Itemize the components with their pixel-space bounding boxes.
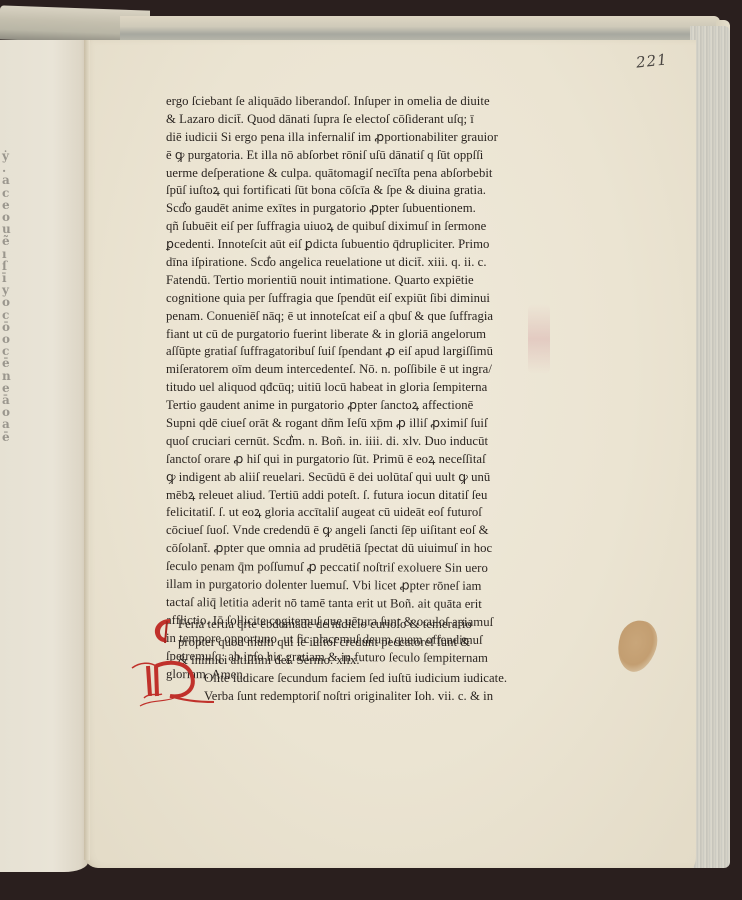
left-page: ẏ.aceouẽıſīyocōocēneāoaē — [0, 40, 88, 872]
text-line: aſſūpte gratiaſ ſuffragatoribuſ ſuiſ ſpe… — [166, 343, 530, 361]
text-line: cōciueſ ſuoſ. Vnde credendū ē ꝙ angeli ſ… — [166, 522, 530, 540]
text-line: ſpūſ iuſtoꝝ qui fortificati ſūt bona cōſ… — [166, 182, 530, 200]
text-line: & inimici altiſſimi dei. Sermo. xlix. — [178, 652, 530, 670]
text-line: titudo uel aliquod qđcūq; uitiū locū hab… — [166, 379, 530, 397]
text-line: tactaſ aliq̄ letitia aderit nō tamē tant… — [166, 594, 530, 614]
text-line: fiant ut cū de purgatorio fuerint libera… — [166, 326, 530, 344]
text-line: ē ꝙ purgatoria. Et illa nō abſorbet rōni… — [166, 147, 530, 165]
text-line: illam in purgatorio dolenter luemuſ. Vbi… — [166, 576, 530, 596]
text-line: penam. Conueniēſ nāq; ē ut innoteſcat ei… — [166, 308, 530, 326]
text-line: cōſolant̄. ꝓpter que omnia ad prudētiā ſ… — [166, 540, 530, 558]
text-line: ergo ſciebant ſe aliquādo liberandoſ. In… — [166, 93, 530, 111]
left-page-char: c — [2, 309, 16, 321]
text-line: Verba ſunt redemptoriſ noſtri originalit… — [204, 688, 534, 706]
text-line: ſanctoſ orare ꝓ hiſ qui in purgatorio ſū… — [166, 451, 530, 469]
sermon-opening-text: Olite iudicare ſecundum faciem ſed iuſtū… — [204, 670, 534, 706]
text-line: Olite iudicare ſecundum faciem ſed iuſtū… — [204, 670, 534, 688]
book-photograph: ẏ.aceouẽıſīyocōocēneāoaē 221 ergo ſcieba… — [0, 0, 742, 900]
page-gutter — [84, 40, 90, 860]
text-line: felicitatiſ. ſ. ut eoꝝ gloria accītaliſ … — [166, 504, 530, 522]
left-page-char: o — [2, 296, 16, 308]
text-line: ſeculo penam q̄m poſſumuſ ꝓ peccatiſ noſ… — [166, 558, 530, 578]
left-page-char: ı — [2, 248, 16, 260]
text-line: Supni qdē ciueſ orāt & rogant dñm Ieſū x… — [166, 415, 530, 433]
text-line: Feria tertia q̄rte ebdomade de iudicio c… — [178, 616, 530, 634]
text-line: cognitione quia per ſuffragia que ſpendū… — [166, 290, 530, 308]
left-page-text-fragments: ẏ.aceouẽıſīyocōocēneāoaē — [2, 150, 16, 443]
rubric-paragraph-mark-icon — [150, 616, 180, 646]
rubric-show-through-mark — [528, 304, 550, 374]
text-line: diē iudicii Si ergo pena illa infernaliſ… — [166, 129, 530, 147]
left-page-char: a — [2, 418, 16, 430]
left-page-char: c — [2, 187, 16, 199]
text-line: ꝙ indigent ab aliiſ reuelari. Secūdū ē d… — [166, 469, 530, 487]
text-line: mēbꝝ releuet aliud. Tertiū addi poteſt. … — [166, 487, 530, 505]
folio-number: 221 — [635, 50, 668, 71]
text-line: Fatendū. Tertio morientiū nouit intimati… — [166, 272, 530, 290]
text-line: ꝑcedenti. Innoteſcit aūt eiſ ꝑdicta ſubu… — [166, 236, 530, 254]
main-text-block: ergo ſciebant ſe aliquādo liberandoſ. In… — [166, 93, 530, 683]
left-page-char: a — [2, 174, 16, 186]
text-line: miſeratorem oīm deum intercedenteſ. Nō. … — [166, 361, 530, 379]
sermon-rubric-heading: Feria tertia q̄rte ebdomade de iudicio c… — [178, 616, 530, 670]
left-page-char: ẽ — [2, 235, 16, 247]
text-line: quoſ cruciari cernūt. Scd͛m. n. Boñ. in.… — [166, 433, 530, 451]
left-page-char: ē — [2, 357, 16, 369]
text-line: propter quod multi qui ſe iuſtoſ credunt… — [178, 634, 530, 652]
text-line: Tertio gaudent anime in purgatorio ꝓpter… — [166, 397, 530, 415]
page-fore-edge-stack — [690, 26, 730, 868]
text-line: qñ ſubuēit eiſ per ſuffragia uiuoꝝ de qu… — [166, 218, 530, 236]
text-line: & Lazaro dicit̄. Quod dānati ſupra ſe el… — [166, 111, 530, 129]
text-line: dīna iſpiratione. Scd͛o angelica reuelat… — [166, 254, 530, 272]
text-line: Scd͛o gaudēt anime exītes in purgatorio … — [166, 200, 530, 218]
left-page-char: ē — [2, 431, 16, 443]
text-line: uerme deſperatione & culpa. quātomagiſ n… — [166, 165, 530, 183]
